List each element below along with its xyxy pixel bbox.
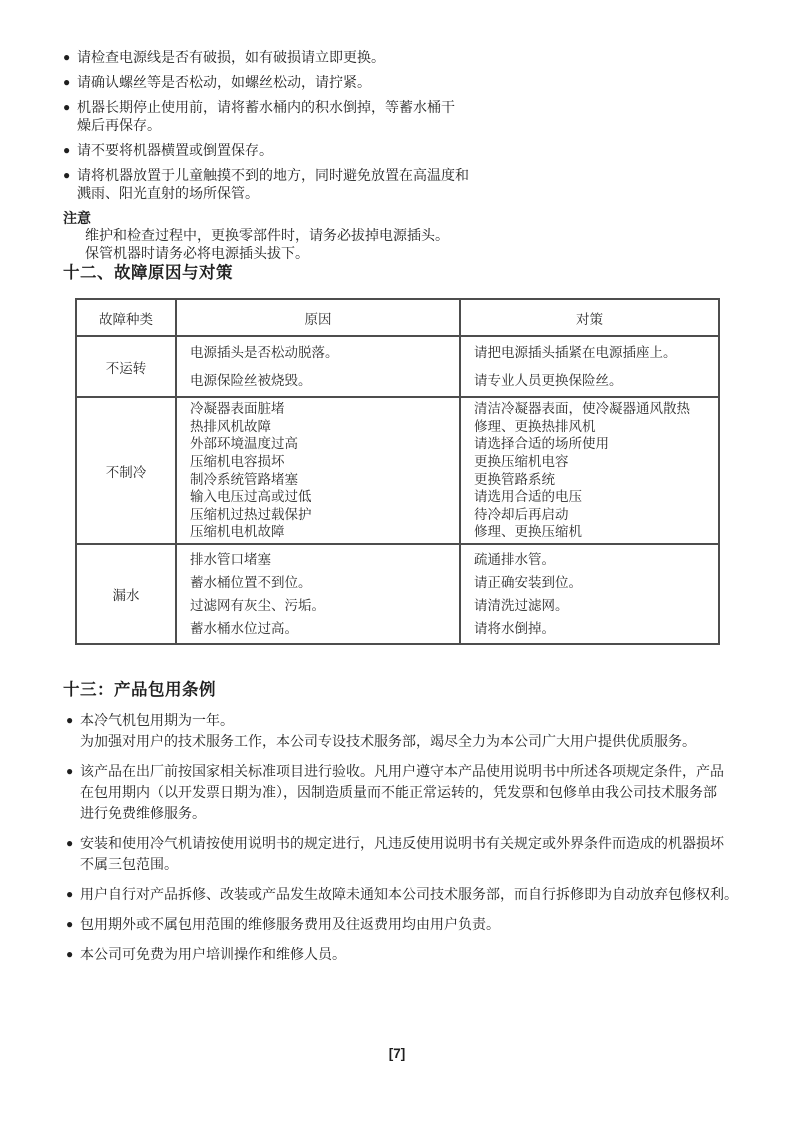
warranty-item: ● 该产品在出厂前按国家相关标准项目进行验收。凡用户遵守本产品使用说明书中所述各…: [66, 761, 746, 824]
text-line: 进行免费维修服务。: [80, 803, 746, 824]
fault-table-row: 漏水 排水管口堵塞蓄水桶位置不到位。过滤网有灰尘、污垢。蓄水桶水位过高。 疏通排…: [76, 544, 719, 644]
manual-page: ● 请检查电源线是否有破损，如有破损请立即更换。 ● 请确认螺丝等是否松动，如螺…: [0, 0, 794, 1122]
bullet-dot-icon: ●: [63, 48, 77, 66]
text-line: 排水管口堵塞: [190, 548, 459, 571]
bullet-dot-icon: ●: [63, 73, 77, 91]
text-line: 为加强对用户的技术服务工作，本公司专设技术服务部，竭尽全力为本公司广大用户提供优…: [80, 731, 746, 752]
notice-label: 注意: [63, 209, 743, 227]
fault-cause-cell: 冷凝器表面脏堵热排风机故障外部环境温度过高压缩机电容损坏制冷系统管路堵塞输入电压…: [176, 397, 460, 544]
text-line: 待冷却后再启动: [474, 506, 718, 524]
warranty-text: 包用期外或不属包用范围的维修服务费用及往返费用均由用户负责。: [80, 914, 746, 935]
text-line: 溅雨、阳光直射的场所保管。: [77, 184, 743, 202]
text-line: 外部环境温度过高: [190, 435, 459, 453]
text-line: 该产品在出厂前按国家相关标准项目进行验收。凡用户遵守本产品使用说明书中所述各项规…: [80, 761, 746, 782]
safety-note-text: 请确认螺丝等是否松动，如螺丝松动，请拧紧。: [77, 73, 743, 91]
text-line: 制冷系统管路堵塞: [190, 471, 459, 489]
page-number: [7]: [0, 1046, 794, 1061]
bullet-dot-icon: ●: [66, 833, 80, 875]
text-line: 热排风机故障: [190, 418, 459, 436]
warranty-item: ● 包用期外或不属包用范围的维修服务费用及往返费用均由用户负责。: [66, 914, 746, 935]
safety-notes-section: ● 请检查电源线是否有破损，如有破损请立即更换。 ● 请确认螺丝等是否松动，如螺…: [63, 48, 743, 263]
text-line: 请正确安装到位。: [474, 571, 718, 594]
warranty-text: 安装和使用冷气机请按使用说明书的规定进行，凡违反使用说明书有关规定或外界条件而造…: [80, 833, 746, 875]
warranty-text: 本公司可免费为用户培训操作和维修人员。: [80, 944, 746, 965]
text-line: 请选用合适的电压: [474, 488, 718, 506]
bullet-dot-icon: ●: [63, 98, 77, 134]
safety-note-item: ● 机器长期停止使用前，请将蓄水桶内的积水倒掉，等蓄水桶干燥后再保存。: [63, 98, 743, 134]
text-line: 在包用期内（以开发票日期为准），因制造质量而不能正常运转的，凭发票和包修单由我公…: [80, 782, 746, 803]
text-line: 包用期外或不属包用范围的维修服务费用及往返费用均由用户负责。: [80, 914, 746, 935]
text-line: 疏通排水管。: [474, 548, 718, 571]
text-line: 电源保险丝被烧毁。: [190, 367, 459, 395]
safety-note-text: 请将机器放置于儿童触摸不到的地方，同时避免放置在高温度和溅雨、阳光直射的场所保管…: [77, 166, 743, 202]
safety-note-text: 机器长期停止使用前，请将蓄水桶内的积水倒掉，等蓄水桶干燥后再保存。: [77, 98, 743, 134]
text-line: 清洁冷凝器表面，使冷凝器通风散热: [474, 400, 718, 418]
text-line: 请清洗过滤网。: [474, 594, 718, 617]
fault-solution-cell: 清洁冷凝器表面，使冷凝器通风散热修理、更换热排风机请选择合适的场所使用更换压缩机…: [460, 397, 719, 544]
fault-table-header-row: 故障种类 原因 对策: [76, 299, 719, 336]
text-line: 请不要将机器横置或倒置保存。: [77, 141, 743, 159]
safety-note-item: ● 请检查电源线是否有破损，如有破损请立即更换。: [63, 48, 743, 66]
safety-note-text: 请检查电源线是否有破损，如有破损请立即更换。: [77, 48, 743, 66]
fault-cause-cell: 电源插头是否松动脱落。电源保险丝被烧毁。: [176, 336, 460, 397]
fault-table-row: 不制冷 冷凝器表面脏堵热排风机故障外部环境温度过高压缩机电容损坏制冷系统管路堵塞…: [76, 397, 719, 544]
text-line: 机器长期停止使用前，请将蓄水桶内的积水倒掉，等蓄水桶干: [77, 98, 743, 116]
notice-lines: 维护和检查过程中，更换零部件时，请务必拔掉电源插头。保管机器时请务必将电源插头拔…: [85, 227, 743, 262]
fault-type-cell: 不运转: [76, 336, 176, 397]
col-header-solution: 对策: [460, 299, 719, 336]
text-line: 请确认螺丝等是否松动，如螺丝松动，请拧紧。: [77, 73, 743, 91]
text-line: 蓄水桶水位过高。: [190, 617, 459, 640]
bullet-dot-icon: ●: [66, 914, 80, 935]
text-line: 电源插头是否松动脱落。: [190, 339, 459, 367]
warranty-text: 本冷气机包用期为一年。为加强对用户的技术服务工作，本公司专设技术服务部，竭尽全力…: [80, 710, 746, 752]
col-header-fault-type: 故障种类: [76, 299, 176, 336]
warranty-item: ● 本冷气机包用期为一年。为加强对用户的技术服务工作，本公司专设技术服务部，竭尽…: [66, 710, 746, 752]
col-header-cause: 原因: [176, 299, 460, 336]
section13-title: 十三：产品包用条例: [63, 676, 216, 700]
text-line: 请把电源插头插紧在电源插座上。: [474, 339, 718, 367]
bullet-dot-icon: ●: [66, 884, 80, 905]
text-line: 修理、更换热排风机: [474, 418, 718, 436]
safety-note-text: 请不要将机器横置或倒置保存。: [77, 141, 743, 159]
text-line: 请检查电源线是否有破损，如有破损请立即更换。: [77, 48, 743, 66]
safety-note-item: ● 请将机器放置于儿童触摸不到的地方，同时避免放置在高温度和溅雨、阳光直射的场所…: [63, 166, 743, 202]
warranty-text: 用户自行对产品拆修、改装或产品发生故障未通知本公司技术服务部，而自行拆修即为自动…: [80, 884, 746, 905]
fault-type-cell: 不制冷: [76, 397, 176, 544]
text-line: 本冷气机包用期为一年。: [80, 710, 746, 731]
text-line: 更换管路系统: [474, 471, 718, 489]
text-line: 冷凝器表面脏堵: [190, 400, 459, 418]
warranty-section: ● 本冷气机包用期为一年。为加强对用户的技术服务工作，本公司专设技术服务部，竭尽…: [66, 710, 746, 974]
text-line: 更换压缩机电容: [474, 453, 718, 471]
fault-type-cell: 漏水: [76, 544, 176, 644]
text-line: 蓄水桶位置不到位。: [190, 571, 459, 594]
bullet-dot-icon: ●: [63, 141, 77, 159]
text-line: 维护和检查过程中，更换零部件时，请务必拔掉电源插头。: [85, 227, 743, 244]
warranty-text: 该产品在出厂前按国家相关标准项目进行验收。凡用户遵守本产品使用说明书中所述各项规…: [80, 761, 746, 824]
fault-solution-cell: 请把电源插头插紧在电源插座上。请专业人员更换保险丝。: [460, 336, 719, 397]
bullet-dot-icon: ●: [66, 761, 80, 824]
text-line: 压缩机电容损坏: [190, 453, 459, 471]
fault-table: 故障种类 原因 对策 不运转 电源插头是否松动脱落。电源保险丝被烧毁。 请把电源…: [75, 298, 720, 645]
text-line: 本公司可免费为用户培训操作和维修人员。: [80, 944, 746, 965]
fault-table-row: 不运转 电源插头是否松动脱落。电源保险丝被烧毁。 请把电源插头插紧在电源插座上。…: [76, 336, 719, 397]
text-line: 用户自行对产品拆修、改装或产品发生故障未通知本公司技术服务部，而自行拆修即为自动…: [80, 884, 746, 905]
fault-cause-cell: 排水管口堵塞蓄水桶位置不到位。过滤网有灰尘、污垢。蓄水桶水位过高。: [176, 544, 460, 644]
text-line: 请将机器放置于儿童触摸不到的地方，同时避免放置在高温度和: [77, 166, 743, 184]
text-line: 修理、更换压缩机: [474, 523, 718, 541]
safety-note-item: ● 请确认螺丝等是否松动，如螺丝松动，请拧紧。: [63, 73, 743, 91]
text-line: 不属三包范围。: [80, 854, 746, 875]
text-line: 压缩机过热过载保护: [190, 506, 459, 524]
text-line: 过滤网有灰尘、污垢。: [190, 594, 459, 617]
text-line: 请专业人员更换保险丝。: [474, 367, 718, 395]
text-line: 燥后再保存。: [77, 116, 743, 134]
text-line: 请选择合适的场所使用: [474, 435, 718, 453]
text-line: 安装和使用冷气机请按使用说明书的规定进行，凡违反使用说明书有关规定或外界条件而造…: [80, 833, 746, 854]
fault-solution-cell: 疏通排水管。请正确安装到位。请清洗过滤网。请将水倒掉。: [460, 544, 719, 644]
bullet-dot-icon: ●: [66, 710, 80, 752]
warranty-item: ● 安装和使用冷气机请按使用说明书的规定进行，凡违反使用说明书有关规定或外界条件…: [66, 833, 746, 875]
safety-note-item: ● 请不要将机器横置或倒置保存。: [63, 141, 743, 159]
section12-title: 十二、故障原因与对策: [63, 259, 233, 283]
bullet-dot-icon: ●: [66, 944, 80, 965]
bullet-dot-icon: ●: [63, 166, 77, 202]
warranty-item: ● 用户自行对产品拆修、改装或产品发生故障未通知本公司技术服务部，而自行拆修即为…: [66, 884, 746, 905]
text-line: 请将水倒掉。: [474, 617, 718, 640]
warranty-item: ● 本公司可免费为用户培训操作和维修人员。: [66, 944, 746, 965]
text-line: 输入电压过高或过低: [190, 488, 459, 506]
text-line: 压缩机电机故障: [190, 523, 459, 541]
